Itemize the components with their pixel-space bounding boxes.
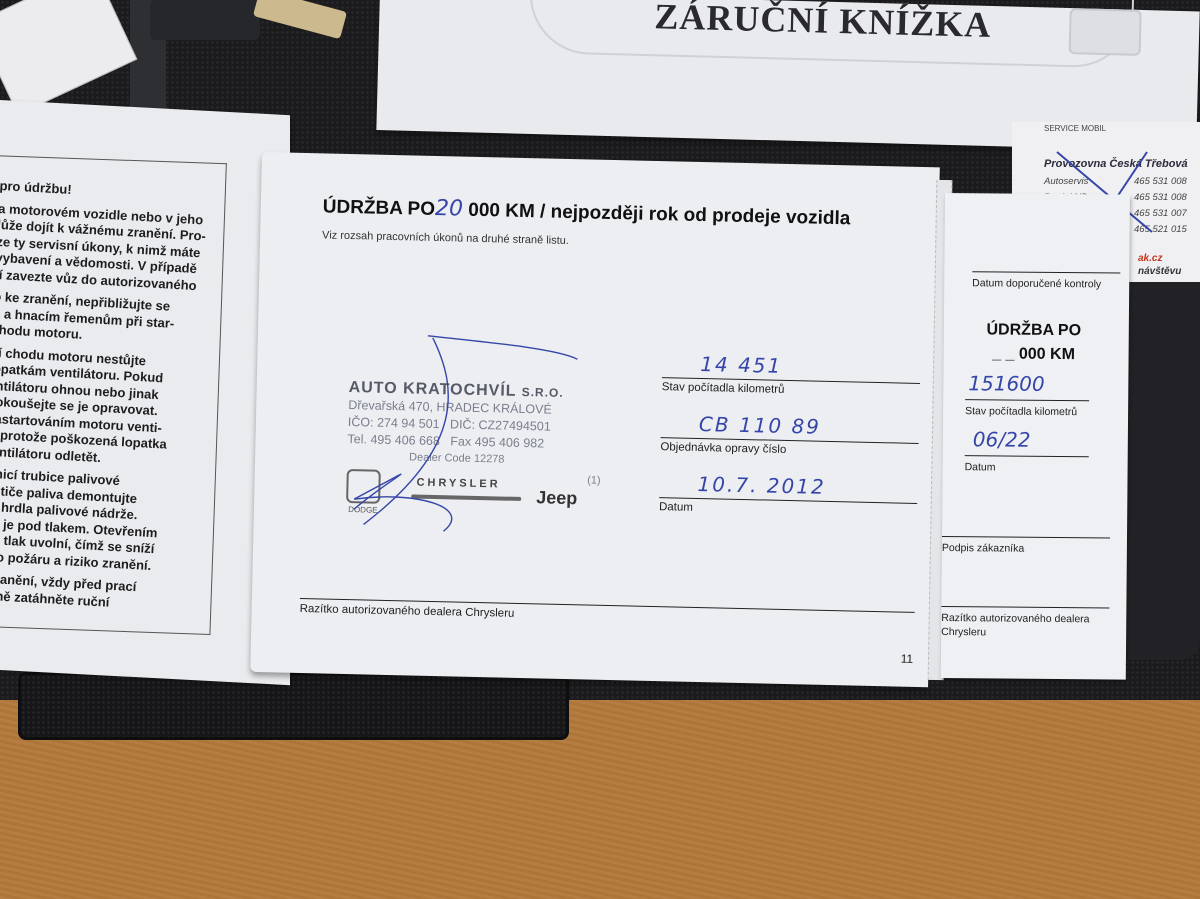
cover-emblem-icon: [1069, 8, 1142, 56]
maintenance-subtitle: Viz rozsah pracovních úkonů na druhé str…: [322, 229, 569, 247]
repair-order-field: CB 110 89 Objednávka opravy číslo: [660, 411, 919, 459]
mat-edge: [1125, 280, 1200, 660]
stamp-label: Razítko autorizovaného dealera Chrysleru: [300, 603, 515, 620]
signature-scribble-icon: [333, 324, 598, 550]
stub-odometer-label: Stav počítadla kilometrů: [965, 405, 1077, 418]
repair-order-label: Objednávka opravy číslo: [660, 441, 918, 459]
warning-paragraph: e zranění, vždy před prací ladně zatáhně…: [0, 570, 203, 616]
stub-date-value: 06/22: [973, 427, 1031, 452]
date-field: 10.7. 2012 Datum: [659, 471, 918, 519]
key-fob: [150, 0, 260, 40]
stub-stamp-label-1: Razítko autorizovaného dealera: [941, 612, 1089, 625]
handwritten-interval: 20: [435, 196, 464, 222]
stub-stamp-label-2: Chrysleru: [941, 626, 986, 638]
warning-paragraph: ní chodu motoru nestůjte lopatkám ventil…: [0, 344, 215, 472]
stub-title-1: ÚDRŽBA PO: [959, 321, 1109, 340]
detachable-stub: Datum doporučené kontroly ÚDRŽBA PO _ _ …: [941, 193, 1130, 680]
maintenance-title: ÚDRŽBA PO20 000 KM / nejpozději rok od p…: [323, 193, 851, 230]
odometer-label: Stav počítadla kilometrů: [662, 381, 920, 399]
stub-line: [965, 455, 1089, 457]
warning-paragraph: a motorovém vozidle nebo v jeho lůže doj…: [0, 200, 223, 295]
maintenance-page: ÚDRŽBA PO20 000 KM / nejpozději rok od p…: [250, 152, 940, 687]
service-visit: návštěvu: [1138, 266, 1181, 277]
stub-line: [972, 271, 1120, 273]
stub-check-label: Datum doporučené kontroly: [972, 277, 1101, 290]
odometer-field: 14 451 Stav počítadla kilometrů: [662, 351, 921, 399]
stub-line: [942, 536, 1110, 538]
date-label: Datum: [659, 501, 917, 519]
service-web: ak.cz: [1138, 253, 1162, 264]
stub-line: [965, 399, 1089, 401]
stub-title-2: _ _ 000 KM: [959, 345, 1109, 364]
mat-handle: [18, 672, 569, 740]
warning-paragraph: o ke zranění, nepřibližujte se u a hnací…: [0, 289, 218, 351]
stub-line: [941, 606, 1109, 608]
stub-date-label: Datum: [965, 461, 996, 473]
warning-paragraph: plnicí trubice palivové čističe paliva d…: [0, 466, 209, 577]
page-number: 11: [901, 652, 914, 666]
left-warning-text: pro údržbu! a motorovém vozidle nebo v j…: [0, 178, 225, 622]
stub-odometer-value: 151600: [968, 371, 1045, 396]
service-card-header: SERVICE MOBIL: [1044, 124, 1106, 133]
stub-signature-label: Podpis zákazníka: [942, 542, 1024, 555]
